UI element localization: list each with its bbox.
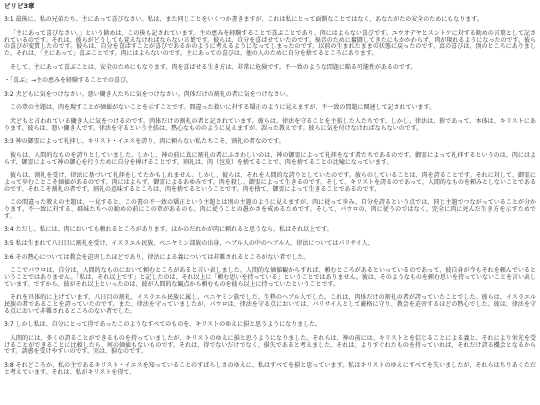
paragraph-comment: 人間的には、多くの誇ることができるものを持っていましたが、キリストのゆえに損と思… <box>4 336 536 356</box>
paragraph-verse: 3:6 その熱心については教会を迫害したほどであり、律法による義については非難さ… <box>4 255 536 262</box>
paragraph-comment: 「主にあって喜びなさい。」という勧めは、この後も記されています。主の恵みを経験す… <box>4 31 536 58</box>
paragraph-verse: 3:8 それどころか、私の主であるキリスト・イエスを知っていることのすばらしさの… <box>4 363 536 377</box>
paragraph-comment: この間違った教えの主題は、一見すると、この書の不一致の矯正という主題とは別の主題… <box>4 200 536 220</box>
paragraph-comment: 彼らは、割礼を受け、律法に基づいて礼拝をしてたかもしれません。しかし、彼らは、そ… <box>4 173 536 193</box>
document: ピリピ3章 3:1 最後に、私の兄弟たち。主にあって喜びなさい。私は、また同じこ… <box>0 0 540 376</box>
paragraph-comment: 犬どもと言われている働き人に気をつけるのです。肉体だけの割礼の者と記されています… <box>4 119 536 133</box>
paragraph-verse: 3:5 私は生まれて八日目に割礼を受け、イスラエル民族、ベニヤミン部族の出身、ヘ… <box>4 241 536 248</box>
paragraph-comment: 彼らは、人間的なものを誇りとしていました。しかし、神の前に真に割礼の者にふさわし… <box>4 153 536 167</box>
paragraph-comment: それを具体的に上げています。八日目の割礼、イスラエル民族に属し、ベニヤミン族でし… <box>4 295 536 315</box>
paragraph-verse: 3:7 しかし私は、自分にとって得であったこのようなすべてのものを、キリストのゆ… <box>4 322 536 329</box>
paragraph-bullet: ・「喜ぶ」→主の恵みを経験することでの喜び。 <box>4 78 536 85</box>
paragraph-verse: 3:2 犬どもに気をつけなさい。悪い働き人たちに気をつけなさい。肉体だけの割礼の… <box>4 92 536 99</box>
paragraph-verse: 3:4 ただし、私には、肉においても頼れるところがあります。ほかのだれかが肉に頼… <box>4 227 536 234</box>
paragraph-verse: 3:3 神の御霊によって礼拝し、キリスト・イエスを誇り、肉に頼らない私たちこそ、… <box>4 139 536 146</box>
paragraph-comment: ここでパウロは、自分は、人間的なものにおいて頼むところがあると言い表しました。人… <box>4 268 536 288</box>
paragraph-comment: そして、主にあって喜ぶことは、安全のためにもなります。肉を喜ばせる生き方は、非常… <box>4 65 536 72</box>
paragraph-comment: この章の主題は、肉を現すことが価値がないことを示すことです。間違った救いに対する… <box>4 105 536 112</box>
page-title: ピリピ3章 <box>4 3 536 10</box>
document-body: 3:1 最後に、私の兄弟たち。主にあって喜びなさい。私は、また同じことをいくつか… <box>4 17 536 376</box>
document-page: { "document": { "title": "ピリピ3章", "parag… <box>0 0 540 405</box>
paragraph-verse: 3:1 最後に、私の兄弟たち。主にあって喜びなさい。私は、また同じことをいくつか… <box>4 17 536 24</box>
